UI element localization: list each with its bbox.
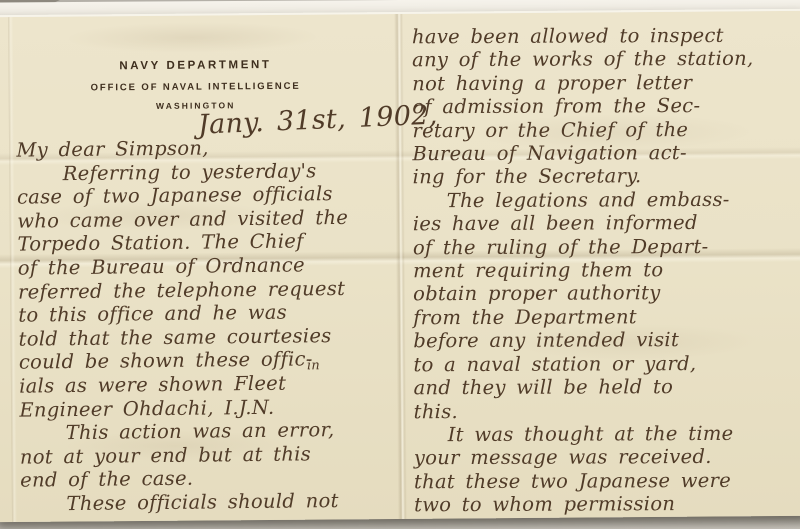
handwritten-line: before any intended visit (413, 328, 785, 353)
handwritten-line: obtain proper authority (413, 281, 785, 306)
handwritten-line: your message was received. (414, 445, 786, 470)
handwritten-line: retary or the Chief of the (412, 117, 784, 142)
handwritten-line: to a naval station or yard, (413, 351, 785, 376)
handwritten-line: The legations and embass- (413, 187, 785, 212)
handwritten-line: not having a proper letter (412, 70, 784, 95)
handwritten-line: of admission from the Sec- (412, 94, 784, 119)
handwritten-line: ment requiring them to (413, 258, 785, 283)
handwritten-line: These officials should not (20, 488, 392, 516)
handwritten-line: who came over and visited the (17, 205, 389, 233)
letter-paper: NAVY DEPARTMENT OFFICE OF NAVAL INTELLIG… (0, 9, 800, 522)
left-page-text: My dear Simpson, Referring to yesterday'… (16, 134, 392, 516)
letterhead-office: OFFICE OF NAVAL INTELLIGENCE (0, 80, 399, 94)
handwritten-line: referred the telephone request (18, 276, 390, 304)
handwritten-line: and they will be held to (414, 375, 786, 400)
handwritten-line: ing for the Secretary. (413, 164, 785, 189)
handwritten-line: that these two Japanese were (414, 468, 786, 493)
handwritten-line: It was thought at the time (414, 422, 786, 447)
handwritten-line: two to whom permission (414, 492, 786, 517)
handwritten-line: of the ruling of the Depart- (413, 234, 785, 259)
handwritten-line: from the Department (413, 304, 785, 329)
handwritten-line: this. (414, 398, 786, 423)
handwritten-line: Bureau of Navigation act- (412, 141, 784, 166)
right-page-text: have been allowed to inspect any of the … (412, 24, 786, 517)
letterhead-department: NAVY DEPARTMENT (0, 58, 398, 73)
insertion-mark: in (307, 359, 320, 372)
handwritten-line: any of the works of the station, (412, 47, 784, 72)
handwritten-line: have been allowed to inspect (412, 24, 784, 49)
handwritten-line: ies have all been informed (413, 211, 785, 236)
